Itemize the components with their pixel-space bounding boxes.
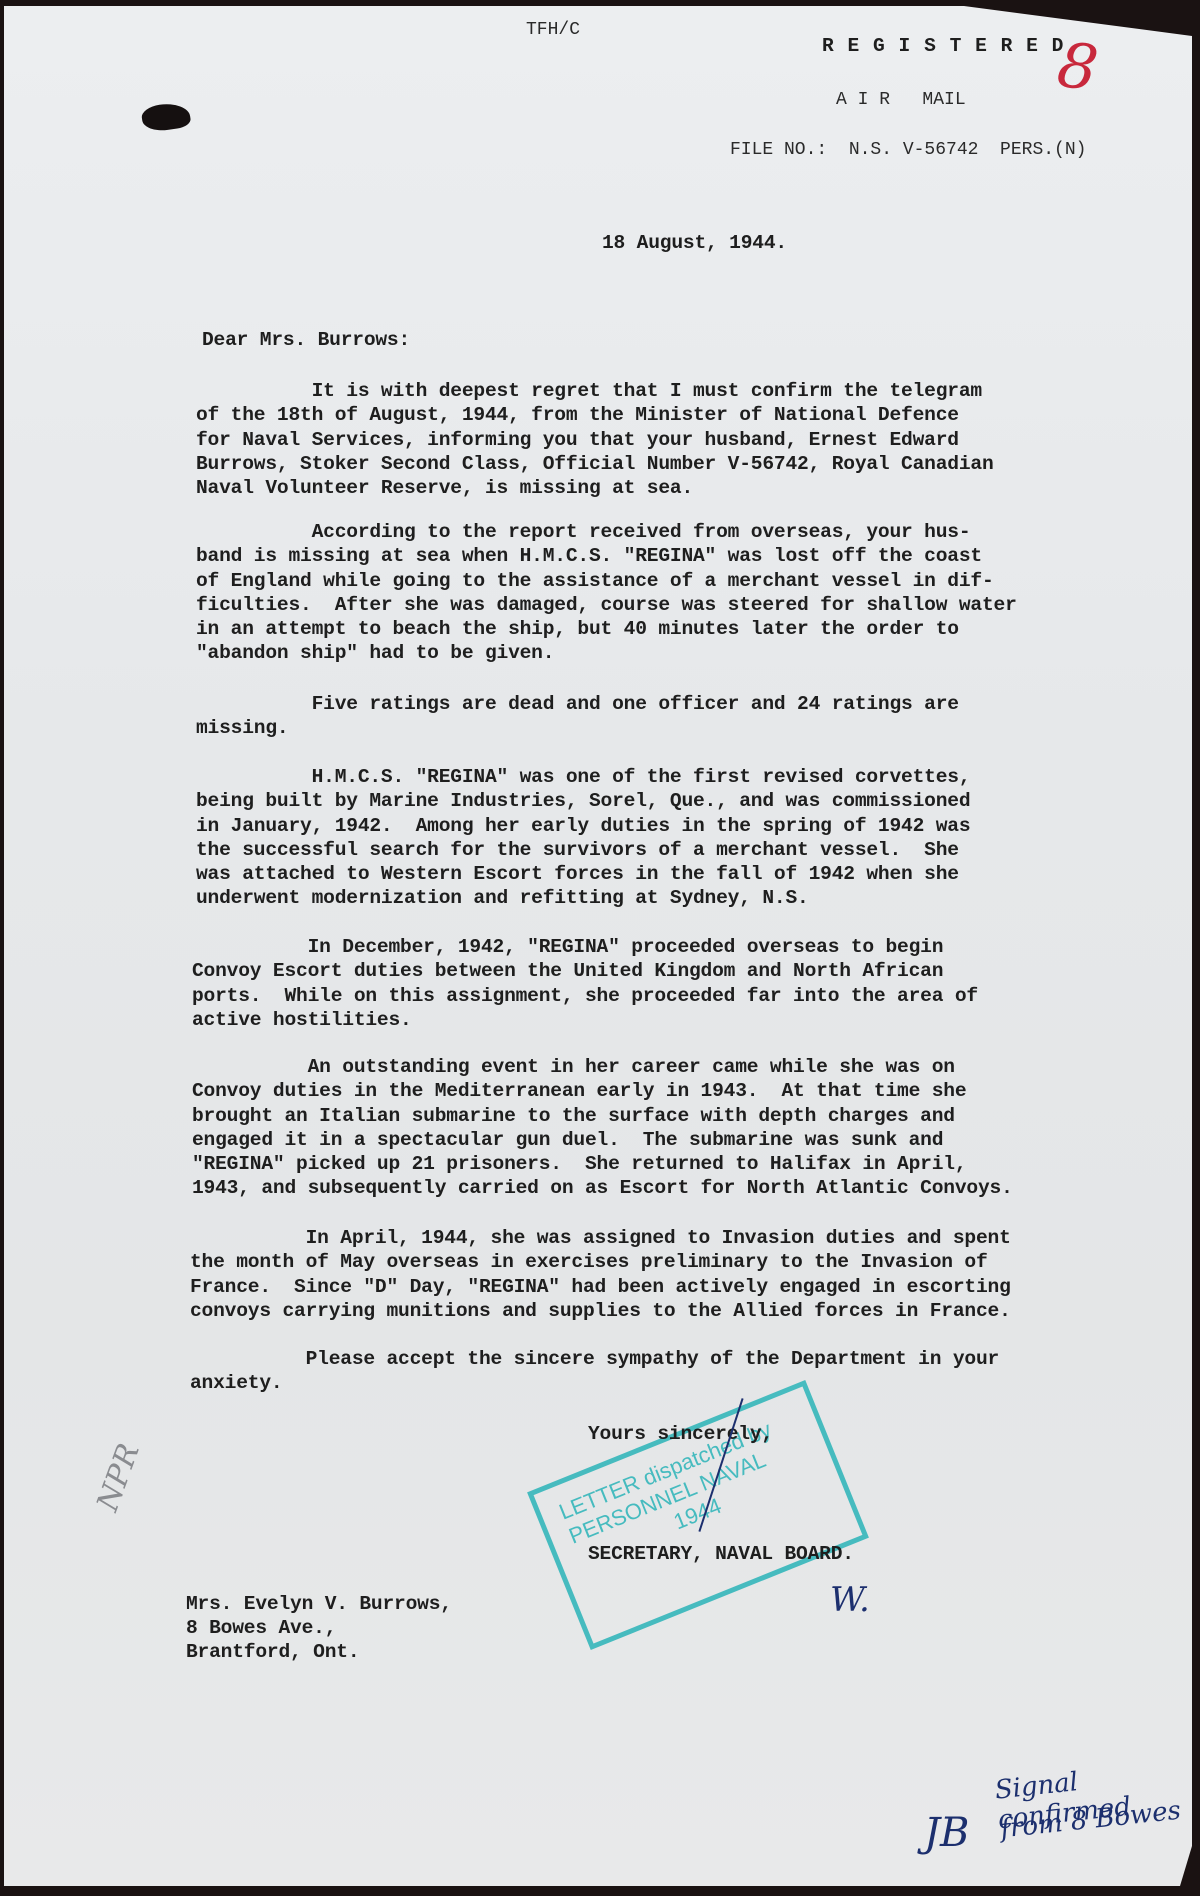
- paragraph-2: According to the report received from ov…: [196, 520, 1017, 666]
- closing: Yours sincerely,: [588, 1422, 773, 1446]
- registered-label: R E G I S T E R E D: [822, 34, 1064, 58]
- paragraph-8: Please accept the sincere sympathy of th…: [190, 1347, 999, 1396]
- salutation: Dear Mrs. Burrows:: [202, 328, 410, 352]
- signatory: SECRETARY, NAVAL BOARD.: [588, 1542, 854, 1566]
- paragraph-6: An outstanding event in her career came …: [192, 1055, 1013, 1201]
- bottom-initials: JB: [924, 1810, 969, 1856]
- paragraph-1: It is with deepest regret that I must co…: [196, 379, 994, 500]
- file-number: FILE NO.: N.S. V-56742 PERS.(N): [730, 140, 1086, 160]
- recipient-street: 8 Bowes Ave.,: [186, 1616, 336, 1640]
- letter-date: 18 August, 1944.: [602, 231, 787, 255]
- paragraph-3: Five ratings are dead and one officer an…: [196, 692, 959, 741]
- paragraph-7: In April, 1944, she was assigned to Inva…: [190, 1226, 1011, 1323]
- air-mail-label: A I R MAIL: [836, 90, 966, 110]
- recipient-name: Mrs. Evelyn V. Burrows,: [186, 1592, 452, 1616]
- paragraph-5: In December, 1942, "REGINA" proceeded ov…: [192, 935, 978, 1032]
- reference-code: TFH/C: [526, 20, 580, 40]
- initials-mark: W.: [830, 1580, 870, 1620]
- recipient-city: Brantford, Ont.: [186, 1640, 359, 1664]
- paragraph-4: H.M.C.S. "REGINA" was one of the first r…: [196, 765, 970, 911]
